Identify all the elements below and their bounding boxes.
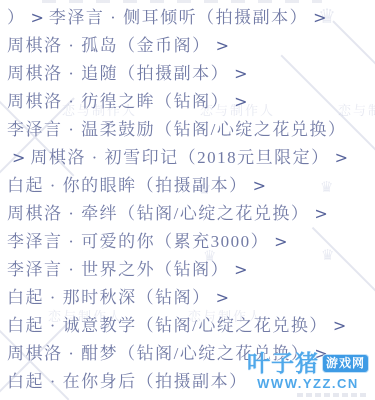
list-item-text: 李泽言 · 可爱的你（累充3000） <box>7 232 269 251</box>
next-link-arrow: > <box>216 36 229 55</box>
list-item-text: 白起 · 那时秋深（钻阁） <box>7 288 211 307</box>
list-item-text: 白起 · 你的眼眸（拍摄副本） <box>7 176 248 195</box>
next-link-arrow: > <box>314 204 327 223</box>
list-item: 白起 · 你的眼眸（拍摄副本）> <box>0 172 375 200</box>
list-item-text: 周棋洛 · 牵绊（钻阁/心绽之花兑换） <box>7 204 309 223</box>
list-item-text: 白起 · 诚意教学（钻阁/心绽之花兑换） <box>7 316 328 335</box>
list-item: >周棋洛 · 初雪印记（2018元旦限定）> <box>0 144 375 172</box>
list-item: 李泽言 · 可爱的你（累充3000）> <box>0 228 375 256</box>
list-item-text: 周棋洛 · 初雪印记（2018元旦限定） <box>30 148 329 167</box>
site-watermark: 叶子猪 游戏网 WWW.YZZ.CN <box>247 351 369 397</box>
yzz-logo: 叶子猪 <box>247 351 319 375</box>
next-link-arrow: > <box>234 64 247 83</box>
list-item: 周棋洛 · 彷徨之眸（钻阁）> <box>0 88 375 116</box>
list-item: 白起 · 诚意教学（钻阁/心绽之花兑换）> <box>0 312 375 340</box>
costume-list: ）>李泽言 · 侧耳倾听（拍摄副本）>周棋洛 · 孤岛（金币阁）>周棋洛 · 追… <box>0 4 375 396</box>
list-item: ）>李泽言 · 侧耳倾听（拍摄副本）> <box>0 4 375 32</box>
prev-link-arrow: > <box>12 148 25 167</box>
wrapped-text-lead: ） <box>7 8 26 27</box>
list-item: 周棋洛 · 追随（拍摄副本）> <box>0 60 375 88</box>
site-url: WWW.YZZ.CN <box>247 376 369 391</box>
watermark-subtext <box>297 393 369 397</box>
list-item-text: 李泽言 · 侧耳倾听（拍摄副本） <box>49 8 308 27</box>
yzz-badge: 游戏网 <box>322 354 369 373</box>
list-item: 李泽言 · 世界之外（钻阁）> <box>0 256 375 284</box>
list-item-text: 周棋洛 · 孤岛（金币阁） <box>7 36 211 55</box>
list-item-text: 李泽言 · 世界之外（钻阁） <box>7 260 229 279</box>
next-link-arrow: > <box>216 288 229 307</box>
prev-link-arrow: > <box>31 8 44 27</box>
next-link-arrow: > <box>274 232 287 251</box>
next-link-arrow: > <box>234 92 247 111</box>
list-item-text: 李泽言 · 温柔鼓励（钻阁/心绽之花兑换） <box>7 120 346 139</box>
list-item-text: 白起 · 在你身后（拍摄副本） <box>7 372 248 391</box>
cropped-line-remnant <box>42 0 322 3</box>
next-link-arrow: > <box>313 8 326 27</box>
list-item: 周棋洛 · 孤岛（金币阁）> <box>0 32 375 60</box>
list-item: 周棋洛 · 牵绊（钻阁/心绽之花兑换）> <box>0 200 375 228</box>
list-item: 李泽言 · 温柔鼓励（钻阁/心绽之花兑换） <box>0 116 375 144</box>
next-link-arrow: > <box>333 316 346 335</box>
next-link-arrow: > <box>253 176 266 195</box>
next-link-arrow: > <box>234 260 247 279</box>
next-link-arrow: > <box>335 148 348 167</box>
list-item-text: 周棋洛 · 彷徨之眸（钻阁） <box>7 92 229 111</box>
site-logo-row: 叶子猪 游戏网 <box>247 351 369 375</box>
list-item-text: 周棋洛 · 追随（拍摄副本） <box>7 64 229 83</box>
list-item: 白起 · 那时秋深（钻阁）> <box>0 284 375 312</box>
